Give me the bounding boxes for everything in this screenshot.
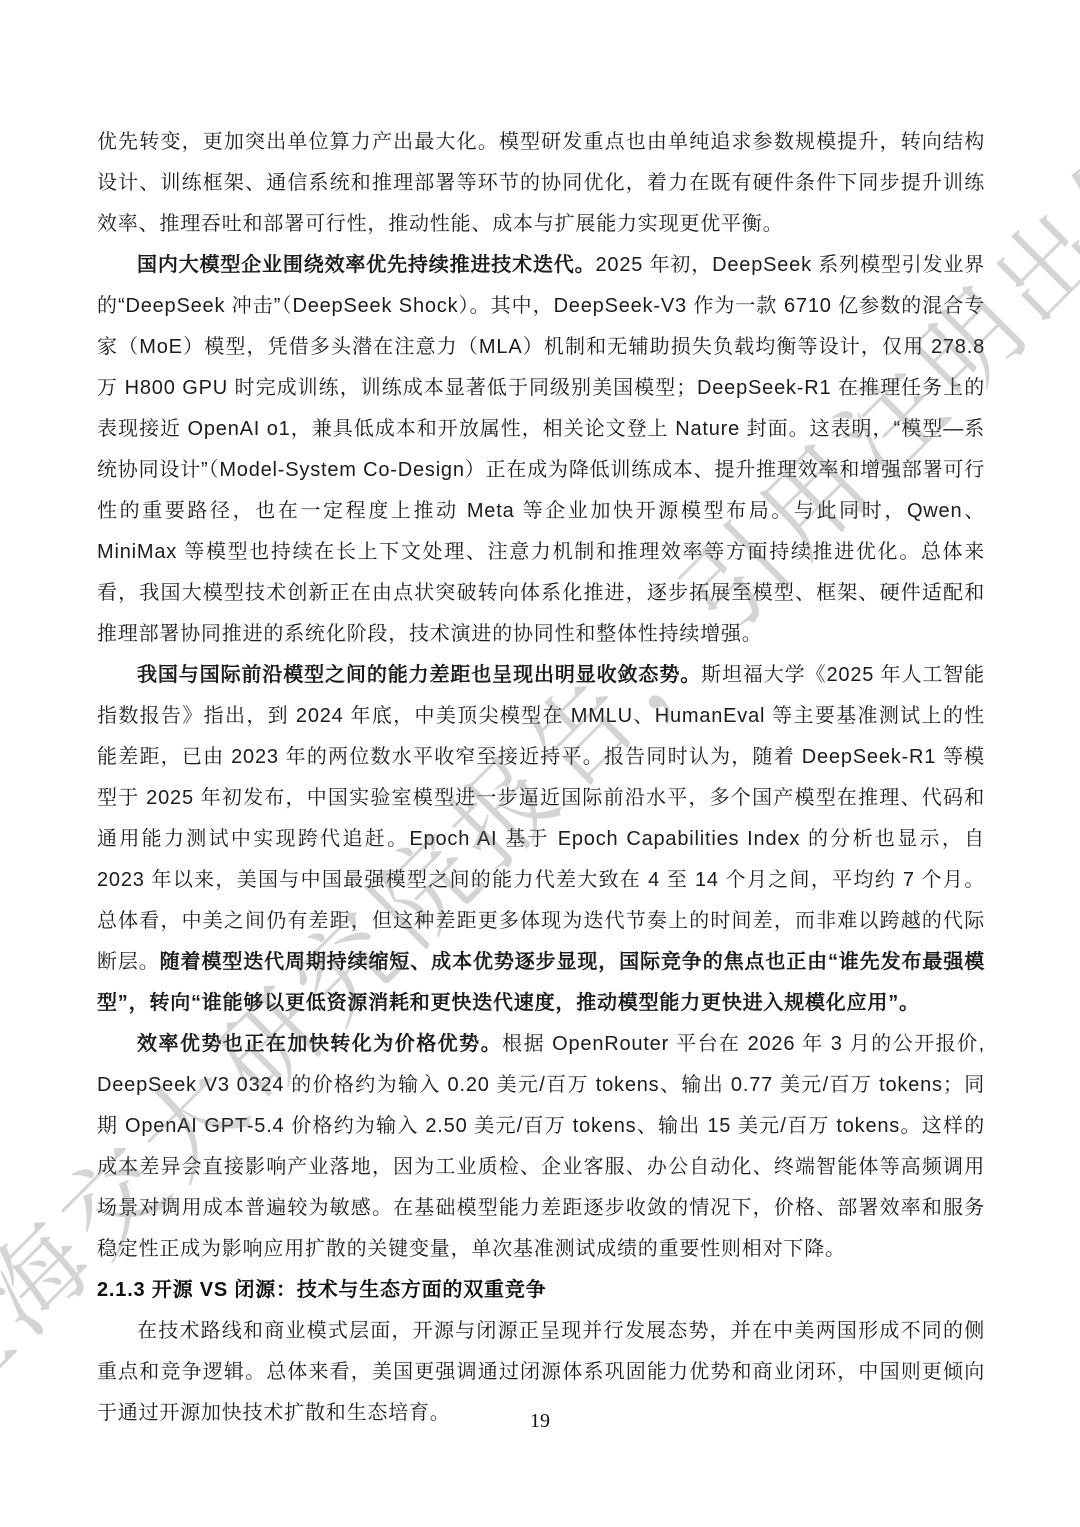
bold-text-run: 我国与国际前沿模型之间的能力差距也呈现出明显收敛态势。 [137,664,701,686]
text-run: 在技术路线和商业模式层面，开源与闭源正呈现并行发展态势，并在中美两国形成不同的侧… [97,1320,985,1424]
document-page: 上海交大研究院报告，引用注明出处 优先转变，更加突出单位算力产出最大化。模型研发… [0,0,1080,1527]
bold-text-run: 国内大模型企业围绕效率优先持续推进技术迭代。 [137,254,596,276]
bold-text-run: 随着模型迭代周期持续缩短、成本优势逐步显现，国际竞争的焦点也正由“谁先发布最强模… [97,951,985,1014]
bold-text-run: 2.1.3 开源 VS 闭源：技术与生态方面的双重竞争 [97,1279,546,1301]
paragraph: 国内大模型企业围绕效率优先持续推进技术迭代。2025 年初，DeepSeek 系… [97,245,985,655]
text-run: 斯坦福大学《2025 年人工智能指数报告》指出，到 2024 年底，中美顶尖模型… [97,664,985,973]
text-run: 2025 年初，DeepSeek 系列模型引发业界的“DeepSeek 冲击”（… [97,254,985,645]
bold-text-run: 效率优势也正在加快转化为价格优势。 [137,1033,502,1055]
text-run: 优先转变，更加突出单位算力产出最大化。模型研发重点也由单纯追求参数规模提升，转向… [97,131,985,235]
page-body: 优先转变，更加突出单位算力产出最大化。模型研发重点也由单纯追求参数规模提升，转向… [97,122,985,1434]
paragraph: 优先转变，更加突出单位算力产出最大化。模型研发重点也由单纯追求参数规模提升，转向… [97,122,985,245]
paragraph: 效率优势也正在加快转化为价格优势。根据 OpenRouter 平台在 2026 … [97,1024,985,1270]
text-run: 根据 OpenRouter 平台在 2026 年 3 月的公开报价, DeepS… [97,1033,985,1260]
paragraph: 我国与国际前沿模型之间的能力差距也呈现出明显收敛态势。斯坦福大学《2025 年人… [97,655,985,1024]
section-heading: 2.1.3 开源 VS 闭源：技术与生态方面的双重竞争 [97,1270,985,1311]
page-number: 19 [0,1410,1080,1433]
